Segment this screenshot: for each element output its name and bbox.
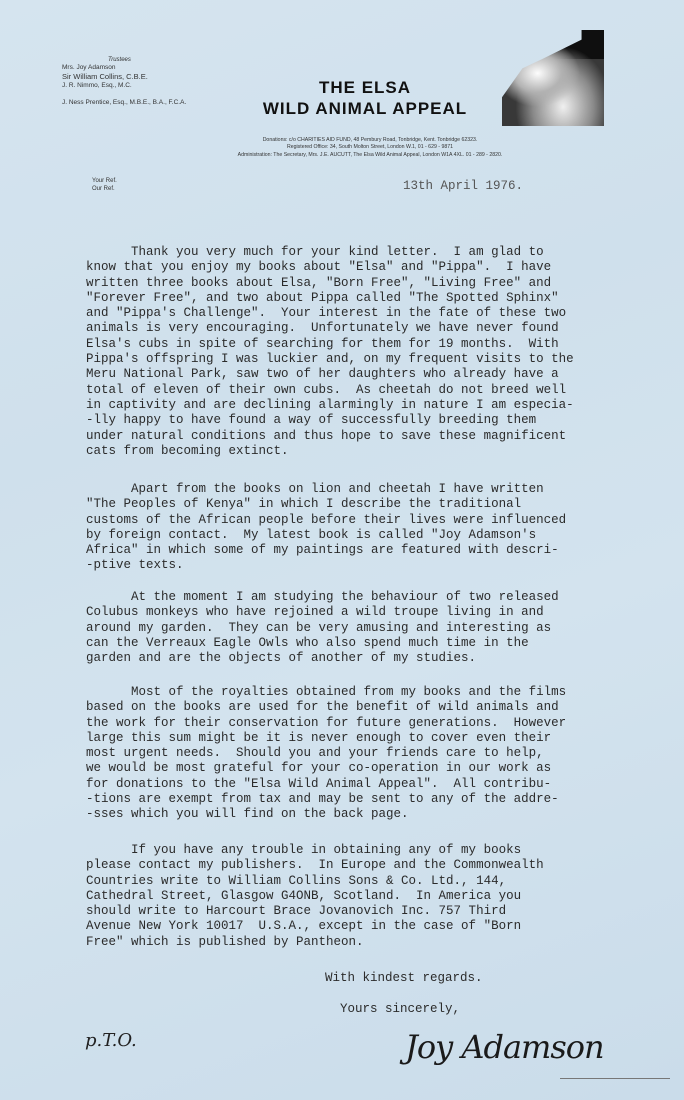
closing-sincerely: Yours sincerely, xyxy=(340,1002,460,1016)
paragraph-publishers: If you have any trouble in obtaining any… xyxy=(86,843,684,950)
organization-title: THE ELSA WILD ANIMAL APPEAL xyxy=(240,78,490,120)
reference-labels: Your Ref. Our Ref. xyxy=(92,177,117,193)
pto-note: p.T.O. xyxy=(85,1030,137,1051)
trustees-list: Trustees Mrs. Joy Adamson Sir William Co… xyxy=(62,57,186,107)
letter-date: 13th April 1976. xyxy=(403,179,523,193)
paragraph-books: Thank you very much for your kind letter… xyxy=(86,245,684,459)
trustee-name: Mrs. Joy Adamson xyxy=(62,63,186,72)
registered-office-address: Registered Office: 34, South Molton Stre… xyxy=(170,144,570,151)
your-ref-label: Your Ref. xyxy=(92,177,117,185)
paragraph-current-studies: At the moment I am studying the behaviou… xyxy=(86,590,684,666)
signature-underline xyxy=(560,1078,670,1079)
signature: Joy Adamson xyxy=(405,1028,604,1066)
lioness-photo-icon xyxy=(502,30,604,126)
title-line-2: WILD ANIMAL APPEAL xyxy=(240,98,490,120)
donations-address: Donations: c/o CHARITIES AID FUND, 48 Pe… xyxy=(170,137,570,144)
letterhead-addresses: Donations: c/o CHARITIES AID FUND, 48 Pe… xyxy=(170,137,570,159)
closing-regards: With kindest regards. xyxy=(325,971,483,985)
trustee-name: J. Ness Prentice, Esq., M.B.E., B.A., F.… xyxy=(62,98,186,107)
our-ref-label: Our Ref. xyxy=(92,185,117,193)
letter-page: Trustees Mrs. Joy Adamson Sir William Co… xyxy=(0,0,684,1100)
paragraph-other-books: Apart from the books on lion and cheetah… xyxy=(86,482,684,574)
trustee-name: J. R. Nimmo, Esq., M.C. xyxy=(62,81,186,90)
trustee-name: Sir William Collins, C.B.E. xyxy=(62,72,186,81)
paragraph-royalties: Most of the royalties obtained from my b… xyxy=(86,685,684,823)
title-line-1: THE ELSA xyxy=(240,78,490,98)
administration-address: Administration: The Secretary, Mrs. J.E.… xyxy=(170,152,570,159)
